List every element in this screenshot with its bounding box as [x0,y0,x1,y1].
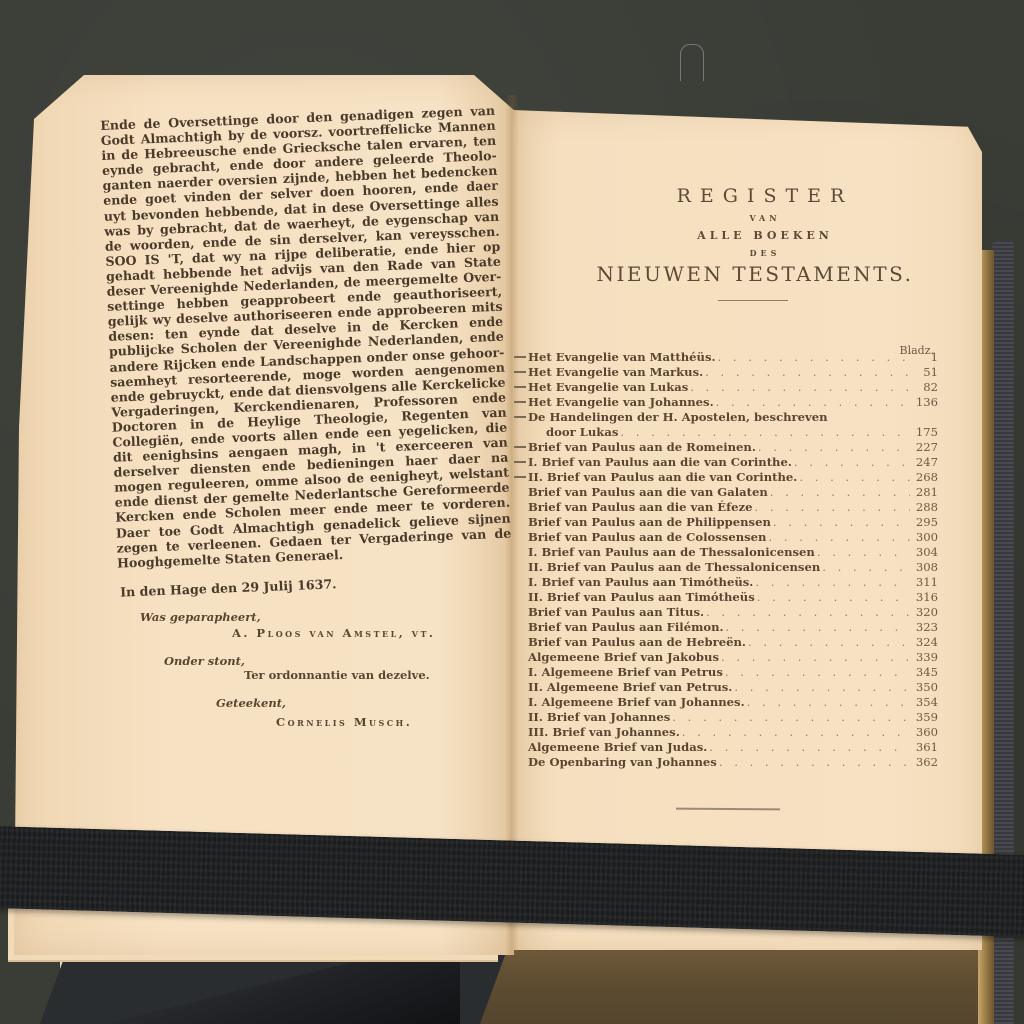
signatory-ploos-van-amstel: A. Ploos van Amstel, vt. [232,626,435,640]
ordonnantie-line: Ter ordonnantie van dezelve. [244,668,430,682]
loose-thread [680,44,704,81]
toc-entry: Algemeene Brief van Jakobus339 [528,650,938,665]
toc-entry: II. Brief van Paulus aan de Thessalonice… [528,560,938,575]
toc-entry: Het Evangelie van Lukas82 [528,380,938,395]
toc-entry: Brief van Paulus aan die van Éfeze288 [528,500,938,515]
toc-entry: Brief van Paulus aan Filémon.323 [528,620,938,635]
title-des: DES [570,248,960,258]
toc-entry: Brief van Paulus aan de Hebreën.324 [528,635,938,650]
register-title: REGISTER [570,185,960,207]
toc-entry: Het Evangelie van Johannes.136 [528,395,938,410]
pen-mark [514,461,526,463]
toc-entry: Brief van Paulus aan die van Galaten281 [528,485,938,500]
toc-entry: II. Brief van Paulus aan Timótheüs316 [528,590,938,605]
toc-entry: Het Evangelie van Markus.51 [528,365,938,380]
toc-entry: De Handelingen der H. Apostelen, beschre… [528,410,938,425]
toc-entry: De Openbaring van Johannes362 [528,755,938,770]
toc-entry: I. Brief van Paulus aan Timótheüs.311 [528,575,938,590]
toc-entry: I. Algemeene Brief van Petrus345 [528,665,938,680]
toc-entry: I. Brief van Paulus aan de Thessalonicen… [528,545,938,560]
pen-mark [514,446,526,448]
title-nieuwen-testaments: NIEUWEN TESTAMENTS. [550,262,960,286]
toc-entry: II. Brief van Johannes359 [528,710,938,725]
pen-mark [514,371,526,373]
toc-entry: II. Brief van Paulus aan die van Corinth… [528,470,938,485]
toc-entry: Brief van Paulus aan de Colossensen300 [528,530,938,545]
toc-entry: I. Algemeene Brief van Johannes.354 [528,695,938,710]
pen-mark [514,476,526,478]
geteekent: Geteekent, [216,696,286,710]
toc-entry: Het Evangelie van Matthéüs.1 [528,350,938,365]
book-photo: Ende de Oversettinge door den genadigen … [0,0,1024,1024]
title-divider [718,300,788,301]
pen-mark [514,416,526,418]
left-page-text: Ende de Oversettinge door den genadigen … [100,103,513,600]
title-alle-boeken: ALLE BOEKEN [570,229,960,242]
toc-entry: Brief van Paulus aan de Philippensen295 [528,515,938,530]
toc-entry: Brief van Paulus aan Titus.320 [528,605,938,620]
toc-entry: III. Brief van Johannes.360 [528,725,938,740]
signatory-cornelis-musch: Cornelis Musch. [276,715,412,729]
onder-stont: Onder stont, [164,654,245,668]
toc-entry: II. Algemeene Brief van Petrus.350 [528,680,938,695]
toc-entry: Algemeene Brief van Judas.361 [528,740,938,755]
pen-mark [514,386,526,388]
page-block-edge [448,945,978,1024]
was-geparapheert: Was geparapheert, [140,610,261,624]
register-title-block: REGISTER VAN ALLE BOEKEN DES NIEUWEN TES… [530,185,960,301]
toc-entry: I. Brief van Paulus aan die van Corinthe… [528,455,938,470]
toc-entry: door Lukas175 [528,425,938,440]
pen-mark [514,401,526,403]
title-van: VAN [570,213,960,223]
pen-mark [514,356,526,358]
toc-entry: Brief van Paulus aan de Romeinen.227 [528,440,938,455]
